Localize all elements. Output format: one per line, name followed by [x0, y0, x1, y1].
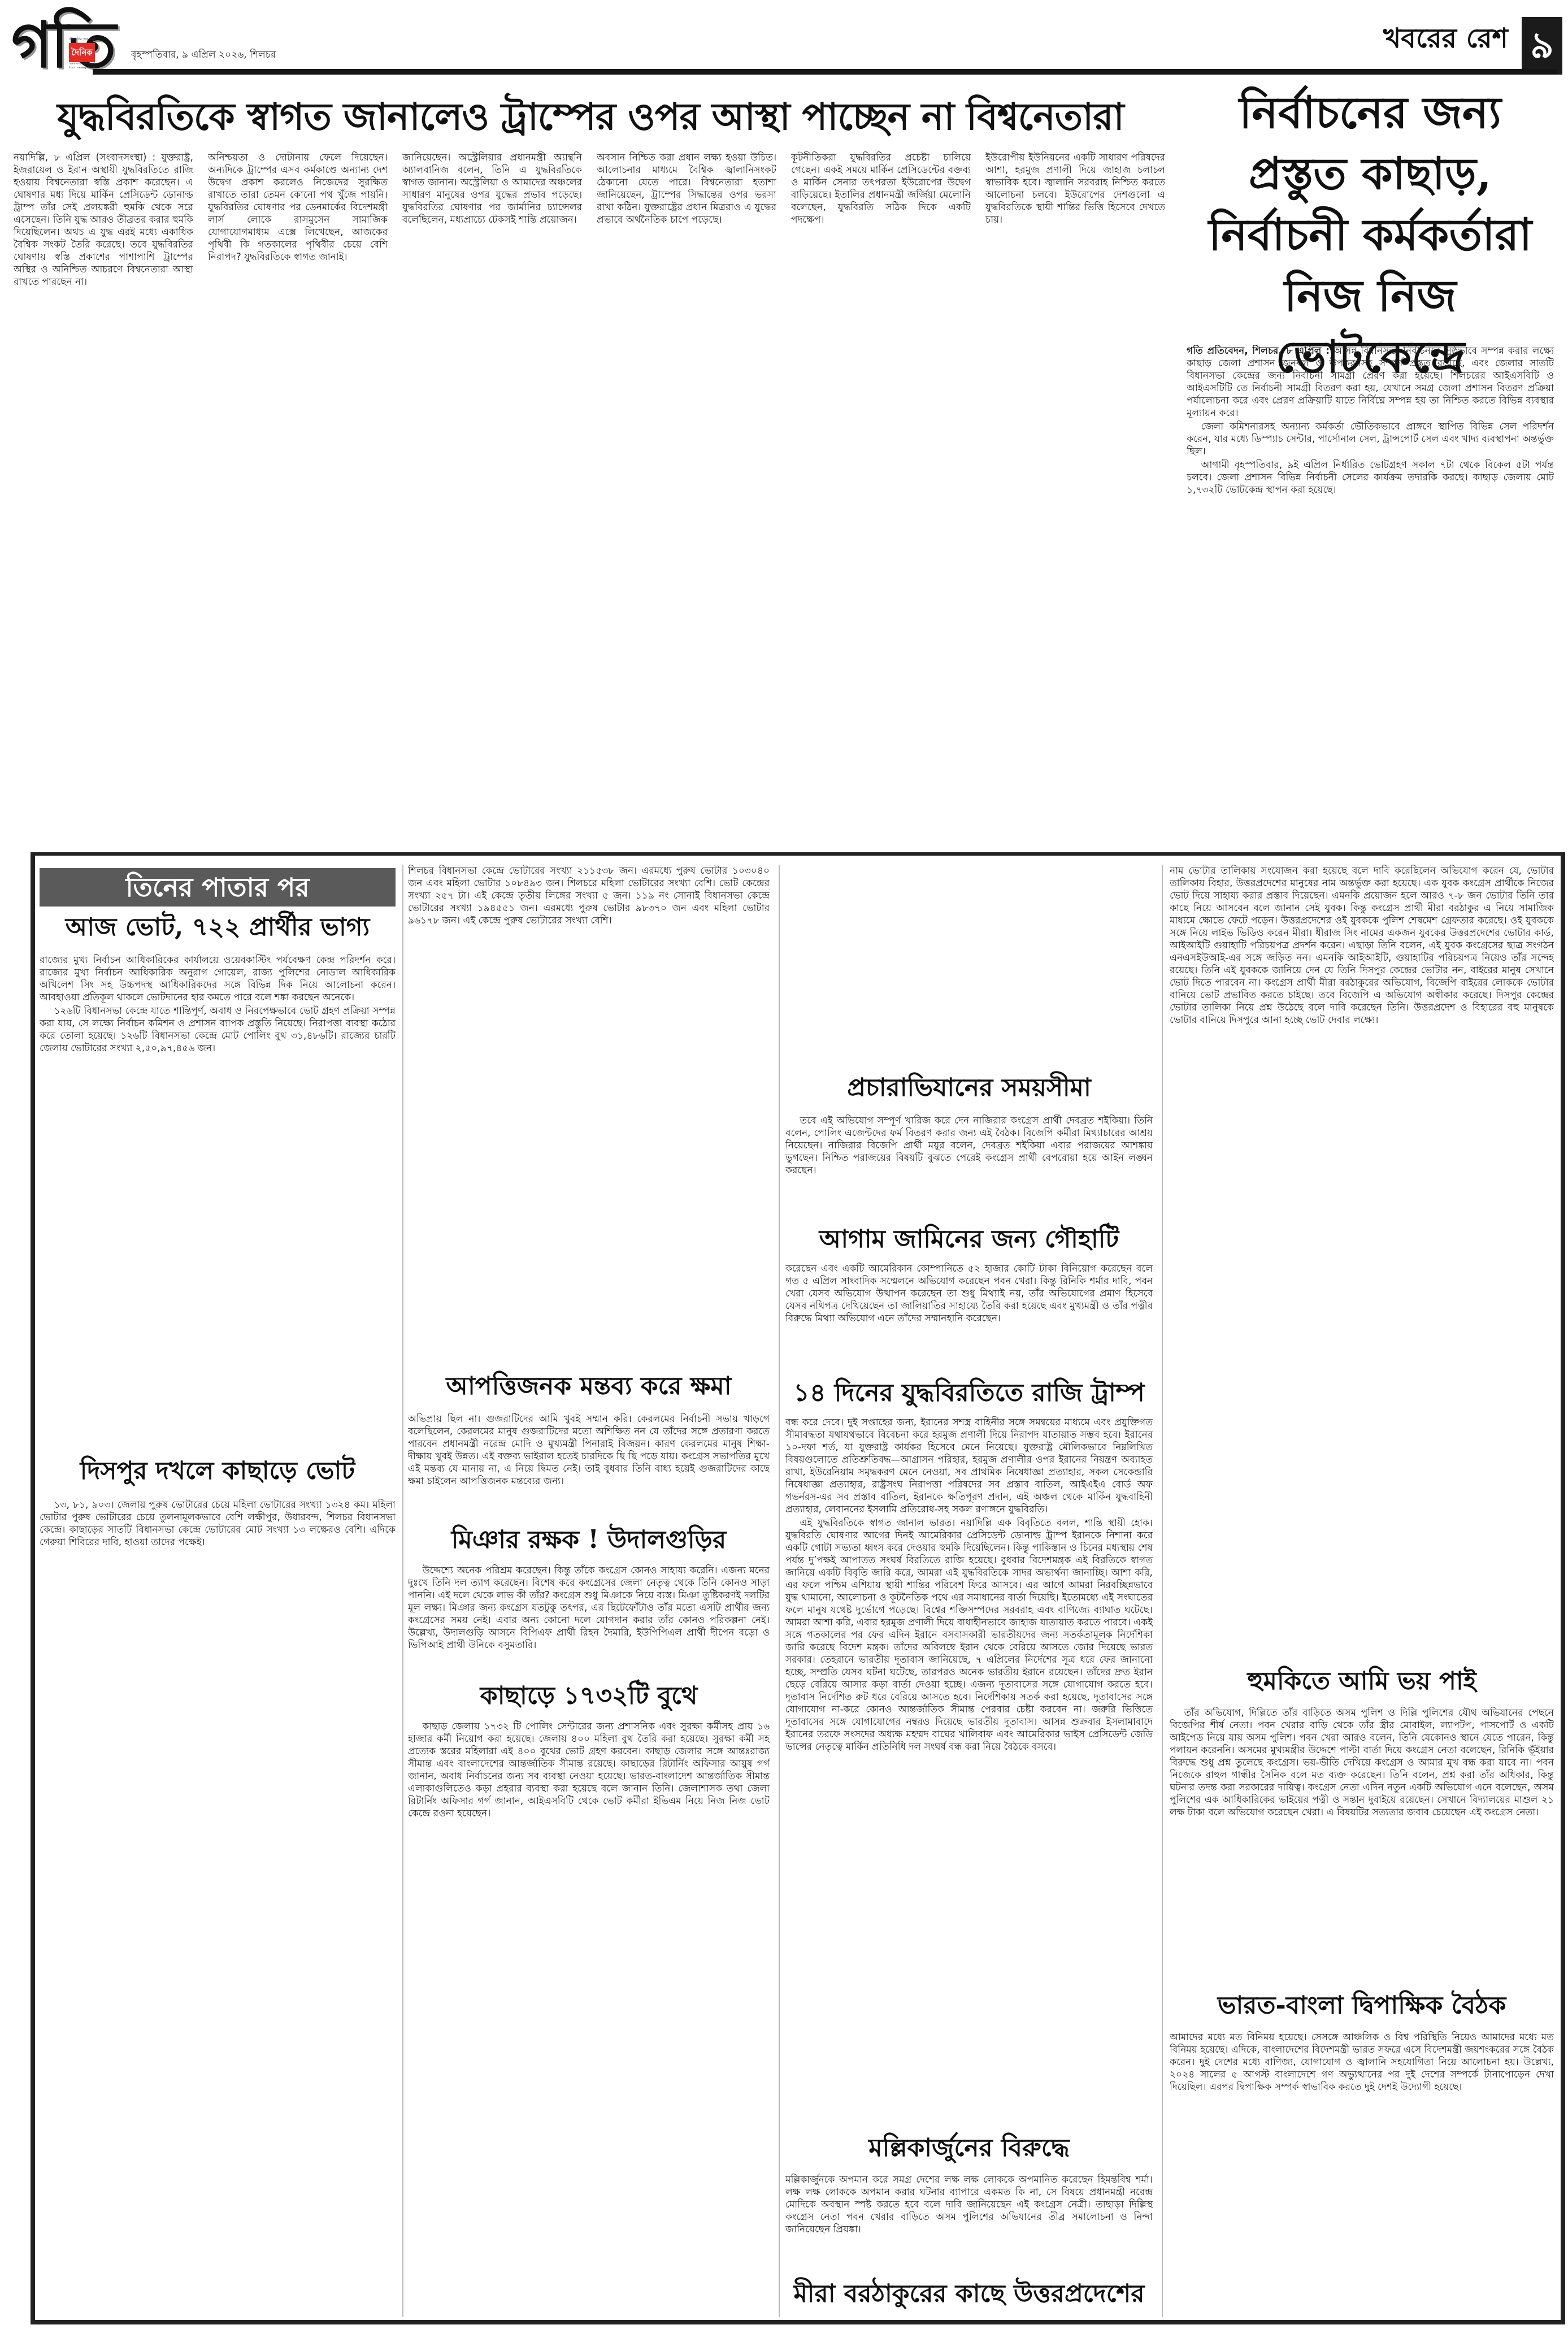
- page-number: ৯: [1522, 17, 1562, 75]
- top-story-col-2: অনিশ্চয়তা ও দোটানায় ফেলে দিয়েছেন। অন্…: [208, 151, 388, 841]
- article-text: অবসান নিশ্চিত করা প্রধান লক্ষ্য হওয়া উচ…: [597, 151, 776, 226]
- column-divider: [402, 865, 403, 2317]
- story-headline: মল্লিকার্জুনের বিরুদ্ধে: [785, 2134, 1153, 2163]
- article-text: আমাদের মধ্যে মত বিনিময় হয়েছে। সেসঙ্গে …: [1170, 2031, 1554, 2093]
- article-text: রাজ্যের মুখ্য নির্বাচন আধিকারিকের কার্যা…: [40, 954, 396, 1004]
- story-body: রাজ্যের মুখ্য নির্বাচন আধিকারিকের কার্যা…: [40, 954, 396, 1451]
- article-text: অভিপ্রায় ছিল না। গুজরাটিদের আমি খুবই সম…: [408, 1413, 770, 1487]
- story-headline: ভারত-বাংলা দ্বিপাক্ষিক বৈঠক: [1170, 1992, 1554, 2020]
- story-headline: দিসপুর দখলে কাছাড়ে ভোট: [40, 1457, 396, 1486]
- story-body: অভিপ্রায় ছিল না। গুজরাটিদের আমি খুবই সম…: [408, 1413, 770, 1520]
- article-text: মল্লিকার্জুনকে অপমান করে সমগ্র দেশের লক্…: [785, 2174, 1153, 2236]
- article-text: উদ্দেশ্যে অনেক পরিশ্রম করেছেন। কিন্তু তা…: [408, 1564, 770, 1651]
- story-headline: আপত্তিজনক মন্তব্য করে ক্ষমা: [408, 1372, 770, 1401]
- article-text: করেছেন এবং একটি আমেরিকান কোম্পানিতে ৫২ হ…: [785, 1263, 1153, 1325]
- column-divider: [1162, 865, 1163, 2317]
- story-body: বন্ধ করে দেবে। দুই সপ্তাহের জন্য, ইরানের…: [785, 1416, 1153, 2117]
- side-story-body: গতি প্রতিবেদন, শিলচর, ৮ এপ্রিল : আসন্ন ব…: [1187, 345, 1554, 842]
- top-story-col-1: নয়াদিল্লি, ৮ এপ্রিল (সংবাদসংস্থা) : যুক…: [14, 151, 193, 841]
- story-headline: মিঞার রক্ষক ! উদালগুড়ির: [408, 1526, 770, 1555]
- story-body: ১৩, ৮১, ৯০৩। জেলায় পুরুষ ভোটারের চেয়ে …: [40, 1499, 396, 2313]
- section-name: খবরের রেশ: [1383, 18, 1508, 63]
- top-story-col-6: ইউরোপীয় ইউনিয়নের একটি সাধারণ পরিষদের আ…: [985, 151, 1165, 841]
- byline: গতি প্রতিবেদন, শিলচর, ৮ এপ্রিল :: [1187, 345, 1330, 357]
- story-headline: প্রচারাভিযানের সময়সীমা: [785, 1074, 1153, 1103]
- top-story-col-5: কূটনীতিকরা যুদ্ধবিরতির প্রচেষ্টা চালিয়ে…: [791, 151, 971, 841]
- article-text: এই যুদ্ধবিরতিকে স্বাগত জানাল ভারত। নয়াদ…: [785, 1517, 1153, 1753]
- article-text: ইউরোপীয় ইউনিয়নের একটি সাধারণ পরিষদের আ…: [985, 151, 1165, 226]
- article-text: ১৩, ৮১, ৯০৩। জেলায় পুরুষ ভোটারের চেয়ে …: [40, 1499, 396, 1549]
- story-headline: কাছাড়ে ১৭৩২টি বুথে: [408, 1682, 770, 1711]
- article-text: নাম ভোটার তালিকায় সংযোজন করা হয়েছে বলে…: [1170, 865, 1554, 1026]
- top-story-col-3: জানিয়েছেন। অস্ট্রেলিয়ার প্রধানমন্ত্রী …: [402, 151, 582, 841]
- article-text: আগামী বৃহস্পতিবার, ৯ই এপ্রিল নির্ধারিত ভ…: [1187, 459, 1554, 496]
- story-headline: আজ ভোট, ৭২২ প্রার্থীর ভাগ্য: [40, 913, 396, 942]
- article-text: জেলা কমিশনারসহ অন্যান্য কর্মকর্তা ভৌতিকভ…: [1187, 420, 1554, 458]
- story-body: নাম ভোটার তালিকায় সংযোজন করা হয়েছে বলে…: [1170, 865, 1554, 1667]
- story-body: মল্লিকার্জুনকে অপমান করে সমগ্র দেশের লক্…: [785, 2174, 1153, 2264]
- story-body: তবে এই অভিযোগ সম্পূর্ণ খারিজ করে দেন নাজ…: [785, 1114, 1153, 1228]
- article-text: অনিশ্চয়তা ও দোটানায় ফেলে দিয়েছেন। অন্…: [208, 151, 388, 263]
- story-headline: মীরা বরঠাকুরের কাছে উত্তরপ্রদেশের: [785, 2280, 1153, 2309]
- story-body: করেছেন এবং একটি আমেরিকান কোম্পানিতে ৫২ হ…: [785, 1263, 1153, 1376]
- story-body: শিলচর বিধানসভা কেন্দ্রে ভোটারের সংখ্যা ২…: [408, 865, 770, 1362]
- badge-website: ওয়েবসাইট: www.gatidaily.in: [69, 62, 95, 66]
- logo-badge: প্রতিষ্ঠার ৩৩ বছর দৈনিক ওয়েবসাইট: www.g…: [69, 36, 95, 84]
- story-body: কাছাড় জেলায় ১৭৩২ টি পোলিং সেন্টারের জন…: [408, 1720, 770, 2314]
- badge-name: দৈনিক: [69, 43, 95, 62]
- story-headline: আগাম জামিনের জন্য গৌহাটি: [785, 1225, 1153, 1254]
- article-text: তবে এই অভিযোগ সম্পূর্ণ খারিজ করে দেন নাজ…: [785, 1114, 1153, 1177]
- article-text: জানিয়েছেন। অস্ট্রেলিয়ার প্রধানমন্ত্রী …: [402, 151, 582, 226]
- article-text: তাঁর অভিযোগ, দিল্লিতে তাঁর বাড়িতে অসম প…: [1170, 1707, 1554, 1819]
- top-story-col-4: অবসান নিশ্চিত করা প্রধান লক্ষ্য হওয়া উচ…: [597, 151, 776, 841]
- article-text: ১২৬টি বিধানসভা কেন্দ্রে যাতে শান্তিপূর্ণ…: [40, 1005, 396, 1055]
- masthead-rule: [93, 69, 1557, 75]
- article-text: বন্ধ করে দেবে। দুই সপ্তাহের জন্য, ইরানের…: [785, 1416, 1153, 1516]
- article-text: নয়াদিল্লি, ৮ এপ্রিল (সংবাদসংস্থা) : যুক…: [14, 151, 193, 288]
- article-text: শিলচর বিধানসভা কেন্দ্রে ভোটারের সংখ্যা ২…: [408, 865, 770, 927]
- dateline: বৃহস্পতিবার, ৯ এপ্রিল ২০২৬, শিলচর: [131, 47, 276, 63]
- story-body: আমাদের মধ্যে মত বিনিময় হয়েছে। সেসঙ্গে …: [1170, 2031, 1554, 2314]
- story-headline: হুমকিতে আমি ভয় পাই: [1170, 1667, 1554, 1696]
- main-headline: যুদ্ধবিরতিকে স্বাগত জানালেও ট্রাম্পের ওপ…: [11, 88, 1170, 145]
- article-text: কূটনীতিকরা যুদ্ধবিরতির প্রচেষ্টা চালিয়ে…: [791, 151, 971, 226]
- continued-from-page-3-banner: তিনের পাতার পর: [40, 868, 396, 907]
- column-divider: [779, 865, 780, 2317]
- story-headline: ১৪ দিনের যুদ্ধবিরতিতে রাজি ট্রাম্প: [785, 1379, 1153, 1408]
- story-body: উদ্দেশ্যে অনেক পরিশ্রম করেছেন। কিন্তু তা…: [408, 1564, 770, 1677]
- article-text: কাছাড় জেলায় ১৭৩২ টি পোলিং সেন্টারের জন…: [408, 1720, 770, 1820]
- badge-tagline: প্রতিষ্ঠার ৩৩ বছর: [69, 36, 95, 42]
- side-headline: নির্বাচনের জন্য প্রস্তুত কাছাড়, নির্বাচ…: [1187, 83, 1554, 388]
- badge-email: ইমেল: newsgatidaily@gmail.com: [69, 66, 95, 70]
- story-body: তাঁর অভিযোগ, দিল্লিতে তাঁর বাড়িতে অসম প…: [1170, 1707, 1554, 1978]
